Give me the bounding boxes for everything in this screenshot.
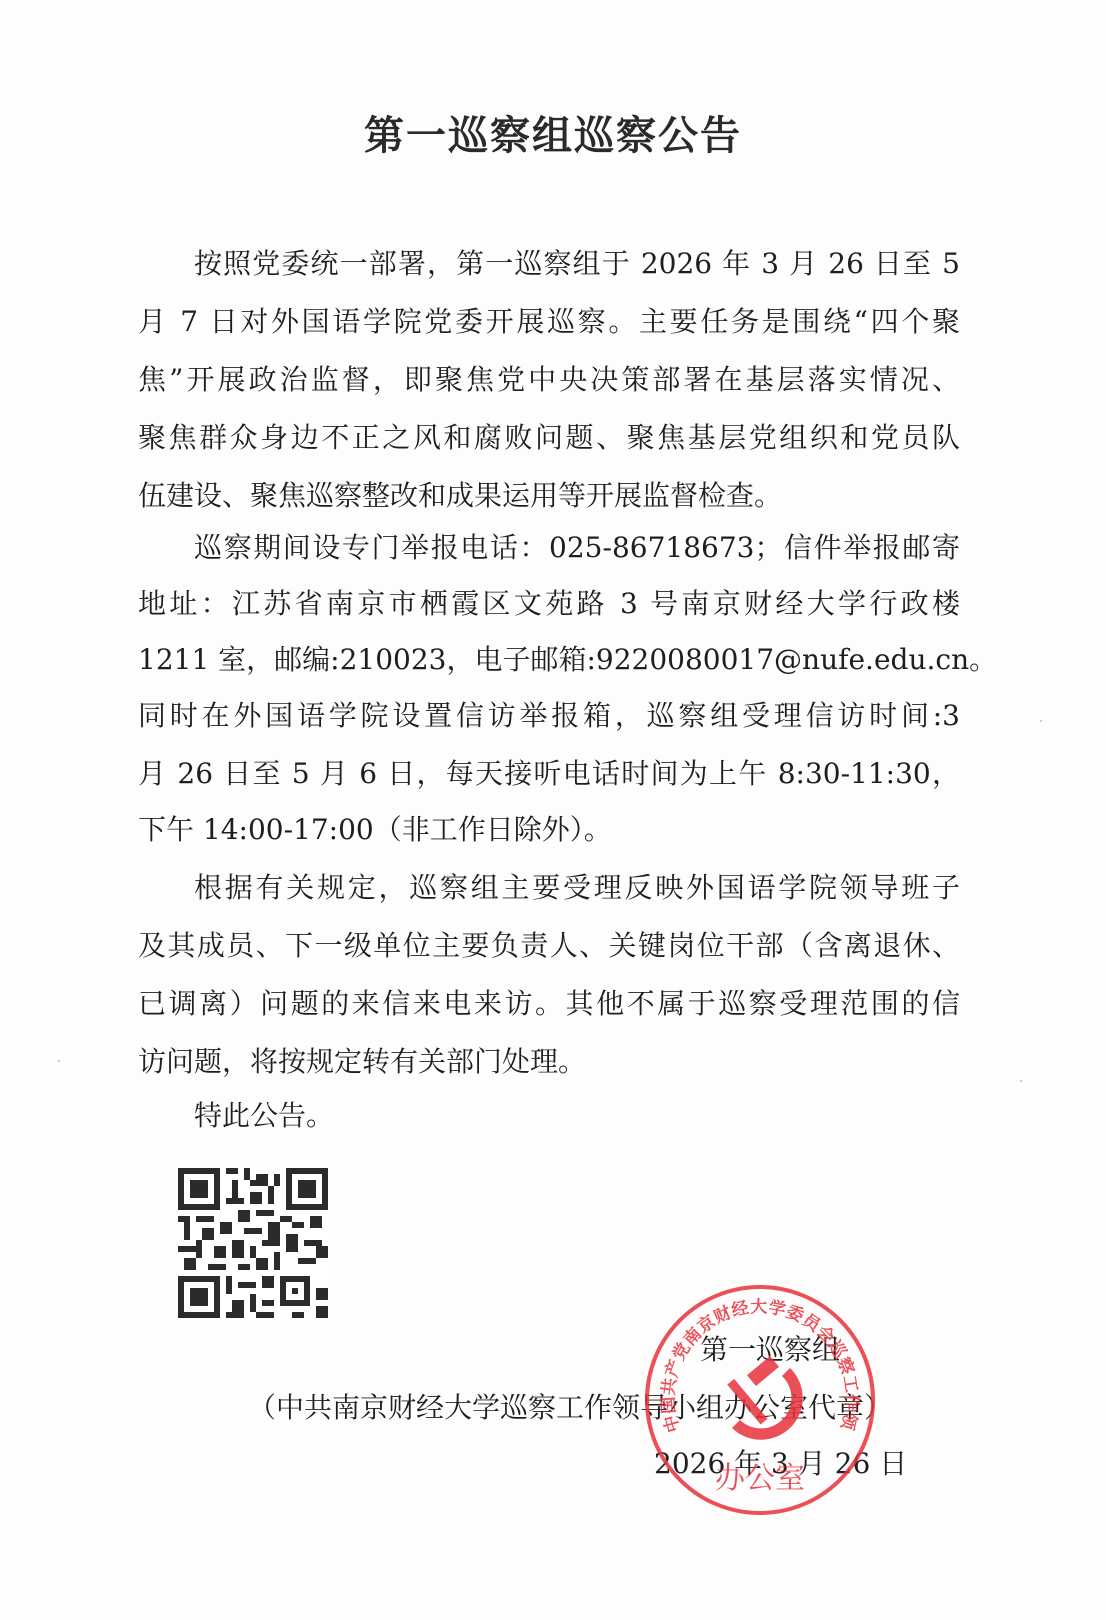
paragraph-2-line-4: 同时在外国语学院设置信访举报箱，巡察组受理信访时间:3 xyxy=(138,698,960,734)
official-seal: 中国共产党南京财经大学委员会巡察工作领导小组办公室 办公室 xyxy=(640,1280,880,1520)
scan-speck xyxy=(1040,720,1042,722)
scan-speck xyxy=(58,1060,60,1062)
paragraph-2-line-6: 下午 14:00-17:00（非工作日除外）。 xyxy=(138,812,960,848)
document-page: 第一巡察组巡察公告 按照党委统一部署，第一巡察组于 2026 年 3 月 26 … xyxy=(0,0,1106,1620)
paragraph-1-line-2: 月 7 日对外国语学院党委开展巡察。主要任务是围绕“四个聚 xyxy=(138,304,960,340)
scan-speck xyxy=(1020,1080,1022,1082)
paragraph-2-line-1: 巡察期间设专门举报电话：025-86718673；信件举报邮寄 xyxy=(194,530,960,566)
paragraph-3-line-1: 根据有关规定，巡察组主要受理反映外国语学院领导班子 xyxy=(194,870,960,906)
hammer-sickle-icon xyxy=(727,1356,803,1440)
page-title: 第一巡察组巡察公告 xyxy=(0,104,1106,161)
seal-center-text: 办公室 xyxy=(715,1461,805,1496)
paragraph-2-line-3: 1211 室，邮编:210023，电子邮箱:9220080017@nufe.ed… xyxy=(138,642,960,678)
paragraph-1-line-3: 焦”开展政治监督，即聚焦党中央决策部署在基层落实情况、 xyxy=(138,362,960,398)
qr-code-icon xyxy=(178,1168,328,1318)
paragraph-1-line-1: 按照党委统一部署，第一巡察组于 2026 年 3 月 26 日至 5 xyxy=(194,246,960,282)
paragraph-3-line-4: 访问题，将按规定转有关部门处理。 xyxy=(138,1044,960,1080)
paragraph-3-line-3: 已调离）问题的来信来电来访。其他不属于巡察受理范围的信 xyxy=(138,986,960,1022)
paragraph-2-line-5: 月 26 日至 5 月 6 日，每天接听电话时间为上午 8:30-11:30， xyxy=(138,756,960,792)
closing-line: 特此公告。 xyxy=(194,1098,960,1134)
paragraph-3-line-2: 及其成员、下一级单位主要负责人、关键岗位干部（含离退休、 xyxy=(138,928,960,964)
paragraph-1-line-5: 伍建设、聚焦巡察整改和成果运用等开展监督检查。 xyxy=(138,478,960,514)
paragraph-1-line-4: 聚焦群众身边不正之风和腐败问题、聚焦基层党组织和党员队 xyxy=(138,420,960,456)
paragraph-2-line-2: 地址：江苏省南京市栖霞区文苑路 3 号南京财经大学行政楼 xyxy=(138,586,960,622)
